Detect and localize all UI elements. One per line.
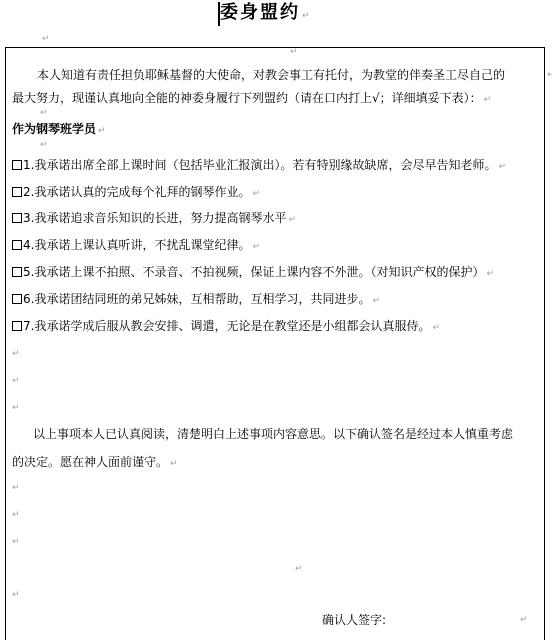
commitment-number: 1. <box>23 158 34 172</box>
closing-paragraph-line-1: 以上事项本人已认真阅读，清楚明白上述事项内容意思。以下确认签名是经过本人慎重考虑 <box>33 426 513 442</box>
intro-text-1: 本人知道有责任担负耶稣基督的大使命，对教会事工有托付，为教堂的伴奏圣工尽自己的 <box>37 68 505 82</box>
paragraph-mark-icon: ↵ <box>498 162 506 172</box>
commitment-item-2[interactable]: 2.我承诺认真的完成每个礼拜的钢琴作业。↵ <box>12 184 260 202</box>
paragraph-mark-icon: ↵ <box>12 510 20 520</box>
paragraph-mark-icon: ↵ <box>520 615 528 625</box>
paragraph-mark-icon: ↵ <box>170 459 178 469</box>
commitment-item-3[interactable]: 3.我承诺追求音乐知识的长进，努力提高钢琴水平↵ <box>12 210 296 228</box>
commitment-text: 我承诺上课不拍照、不录音、不拍视频，保证上课内容不外泄。（对知识产权的保护） <box>34 265 484 279</box>
commitment-number: 2. <box>23 185 34 199</box>
paragraph-mark-icon: ↵ <box>372 296 380 306</box>
paragraph-mark-icon: ↵ <box>40 108 48 118</box>
commitment-item-1[interactable]: 1.我承诺出席全部上课时间（包括毕业汇报演出）。若有特别缘故缺席，会尽早告知老师… <box>12 157 506 175</box>
commitment-number: 4. <box>23 238 34 252</box>
checkbox-6[interactable] <box>12 294 22 304</box>
paragraph-mark-icon: ↵ <box>12 537 20 547</box>
checkbox-7[interactable] <box>12 321 22 331</box>
section-heading: 作为钢琴班学员↵ <box>12 121 106 139</box>
paragraph-mark-icon: ↵ <box>290 47 298 57</box>
paragraph-mark-icon: ↵ <box>486 269 494 279</box>
title-text: 委身盟约 <box>220 2 300 23</box>
commitment-text: 我承诺学成后服从教会安排、调遣，无论是在教堂还是小组都会认真服侍。 <box>34 319 430 333</box>
paragraph-mark-icon: ↵ <box>252 242 260 252</box>
commitment-text: 我承诺上课认真听讲，不扰乱课堂纪律。 <box>34 238 250 252</box>
section-heading-text: 作为钢琴班学员 <box>12 122 96 136</box>
paragraph-mark-icon: ↵ <box>432 323 440 333</box>
commitment-text: 我承诺团结同班的弟兄姊妹，互相帮助，互相学习，共同进步。 <box>34 292 370 306</box>
paragraph-mark-icon: ↵ <box>12 590 20 600</box>
signature-line: 确认人签字: <box>322 612 386 628</box>
paragraph-mark-icon: ↵ <box>252 189 260 199</box>
paragraph-mark-icon: ↵ <box>302 11 310 21</box>
checkbox-4[interactable] <box>12 240 22 250</box>
commitment-number: 7. <box>23 319 34 333</box>
checkbox-2[interactable] <box>12 187 22 197</box>
paragraph-mark-icon: ↵ <box>12 403 20 413</box>
closing-text-1: 以上事项本人已认真阅读，清楚明白上述事项内容意思。以下确认签名是经过本人慎重考虑 <box>33 427 513 441</box>
commitment-number: 6. <box>23 292 34 306</box>
intro-paragraph-line-1: 本人知道有责任担负耶稣基督的大使命，对教会事工有托付，为教堂的伴奏圣工尽自己的 <box>37 67 505 83</box>
paragraph-mark-icon: ↵ <box>484 95 492 105</box>
paragraph-mark-icon: ↵ <box>42 34 50 44</box>
checkbox-5[interactable] <box>12 267 22 277</box>
commitment-text: 我承诺出席全部上课时间（包括毕业汇报演出）。若有特别缘故缺席，会尽早告知老师。 <box>34 158 496 172</box>
paragraph-mark-icon: ↵ <box>12 483 20 493</box>
paragraph-mark-icon: ↵ <box>98 126 106 136</box>
commitment-number: 3. <box>23 211 34 225</box>
intro-paragraph-line-2: 最大努力，现谨认真地向全能的神委身履行下列盟约（请在口内打上√；详细填妥下表）：… <box>12 90 491 108</box>
paragraph-mark-icon: ↵ <box>295 564 303 574</box>
paragraph-mark-icon: ↵ <box>288 215 296 225</box>
checkbox-1[interactable] <box>12 160 22 170</box>
signature-label: 确认人签字: <box>322 613 386 627</box>
commitment-item-6[interactable]: 6.我承诺团结同班的弟兄姊妹，互相帮助，互相学习，共同进步。↵ <box>12 291 380 309</box>
intro-text-2: 最大努力，现谨认真地向全能的神委身履行下列盟约（请在口内打上√；详细填妥下表）： <box>12 91 482 105</box>
paragraph-mark-icon: ↵ <box>547 70 552 80</box>
text-cursor <box>218 2 220 26</box>
checkbox-3[interactable] <box>12 213 22 223</box>
commitment-item-7[interactable]: 7.我承诺学成后服从教会安排、调遣，无论是在教堂还是小组都会认真服侍。↵ <box>12 318 440 336</box>
commitment-number: 5. <box>23 265 34 279</box>
closing-paragraph-line-2: 的决定。愿在神人面前谨守。↵ <box>12 454 178 472</box>
commitment-item-4[interactable]: 4.我承诺上课认真听讲，不扰乱课堂纪律。↵ <box>12 237 260 255</box>
paragraph-mark-icon: ↵ <box>40 140 48 150</box>
paragraph-mark-icon: ↵ <box>12 376 20 386</box>
paragraph-mark-icon: ↵ <box>12 349 20 359</box>
closing-text-2: 的决定。愿在神人面前谨守。 <box>12 455 168 469</box>
document-title: 委身盟约↵ <box>220 2 310 26</box>
commitment-item-5[interactable]: 5.我承诺上课不拍照、不录音、不拍视频，保证上课内容不外泄。（对知识产权的保护）… <box>12 264 494 282</box>
commitment-text: 我承诺认真的完成每个礼拜的钢琴作业。 <box>34 185 250 199</box>
commitment-text: 我承诺追求音乐知识的长进，努力提高钢琴水平 <box>34 211 286 225</box>
